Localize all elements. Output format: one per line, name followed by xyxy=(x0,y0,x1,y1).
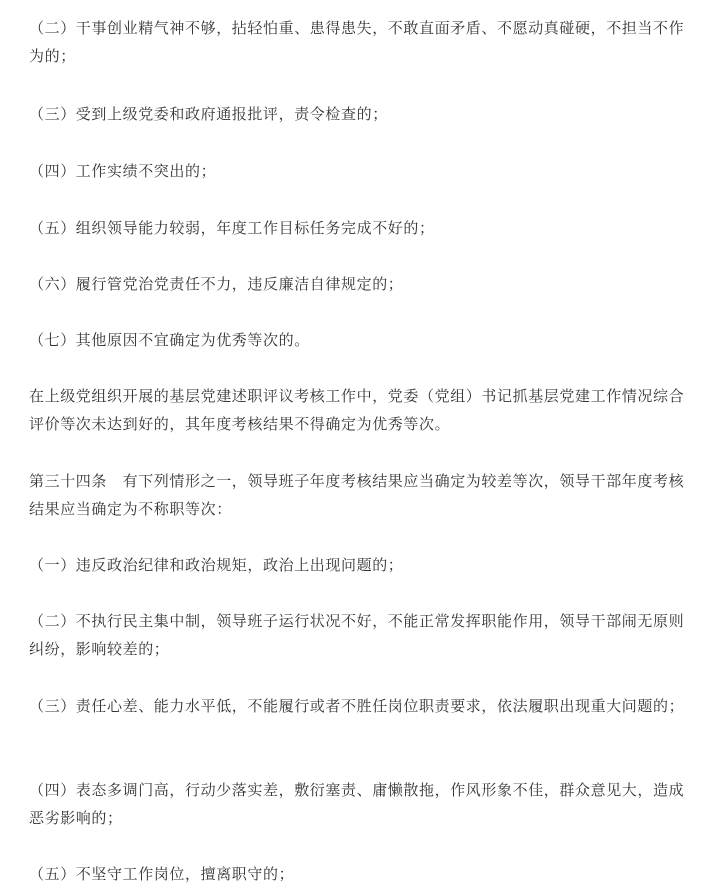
paragraph-a34-item-1: （一）违反政治纪律和政治规矩，政治上出现问题的； xyxy=(29,551,695,579)
paragraph-article-34: 第三十四条 有下列情形之一，领导班子年度考核结果应当确定为较差等次，领导干部年度… xyxy=(29,467,695,523)
paragraph-item-3-criticized: （三）受到上级党委和政府通报批评，责令检查的； xyxy=(29,100,695,128)
paragraph-item-4-performance: （四）工作实绩不突出的； xyxy=(29,157,695,185)
paragraph-party-building-rule: 在上级党组织开展的基层党建述职评议考核工作中，党委（党组）书记抓基层党建工作情况… xyxy=(29,382,695,438)
paragraph-a34-item-3: （三）责任心差、能力水平低，不能履行或者不胜任岗位职责要求，依法履职出现重大问题… xyxy=(29,692,695,720)
paragraph-a34-item-4: （四）表态多调门高，行动少落实差，敷衍塞责、庸懒散拖，作风形象不佳，群众意见大，… xyxy=(29,776,695,832)
paragraph-item-2-lack-drive: （二）干事创业精气神不够，拈轻怕重、患得患失，不敢直面矛盾、不愿动真碰硬，不担当… xyxy=(29,14,695,70)
paragraph-a34-item-2: （二）不执行民主集中制，领导班子运行状况不好，不能正常发挥职能作用，领导干部闹无… xyxy=(29,607,695,663)
paragraph-item-5-leadership: （五）组织领导能力较弱，年度工作目标任务完成不好的； xyxy=(29,214,695,242)
paragraph-item-7-other: （七）其他原因不宜确定为优秀等次的。 xyxy=(29,326,695,354)
paragraph-item-6-party-duty: （六）履行管党治党责任不力，违反廉洁自律规定的； xyxy=(29,270,695,298)
paragraph-a34-item-5: （五）不坚守工作岗位，擅离职守的； xyxy=(29,860,695,888)
